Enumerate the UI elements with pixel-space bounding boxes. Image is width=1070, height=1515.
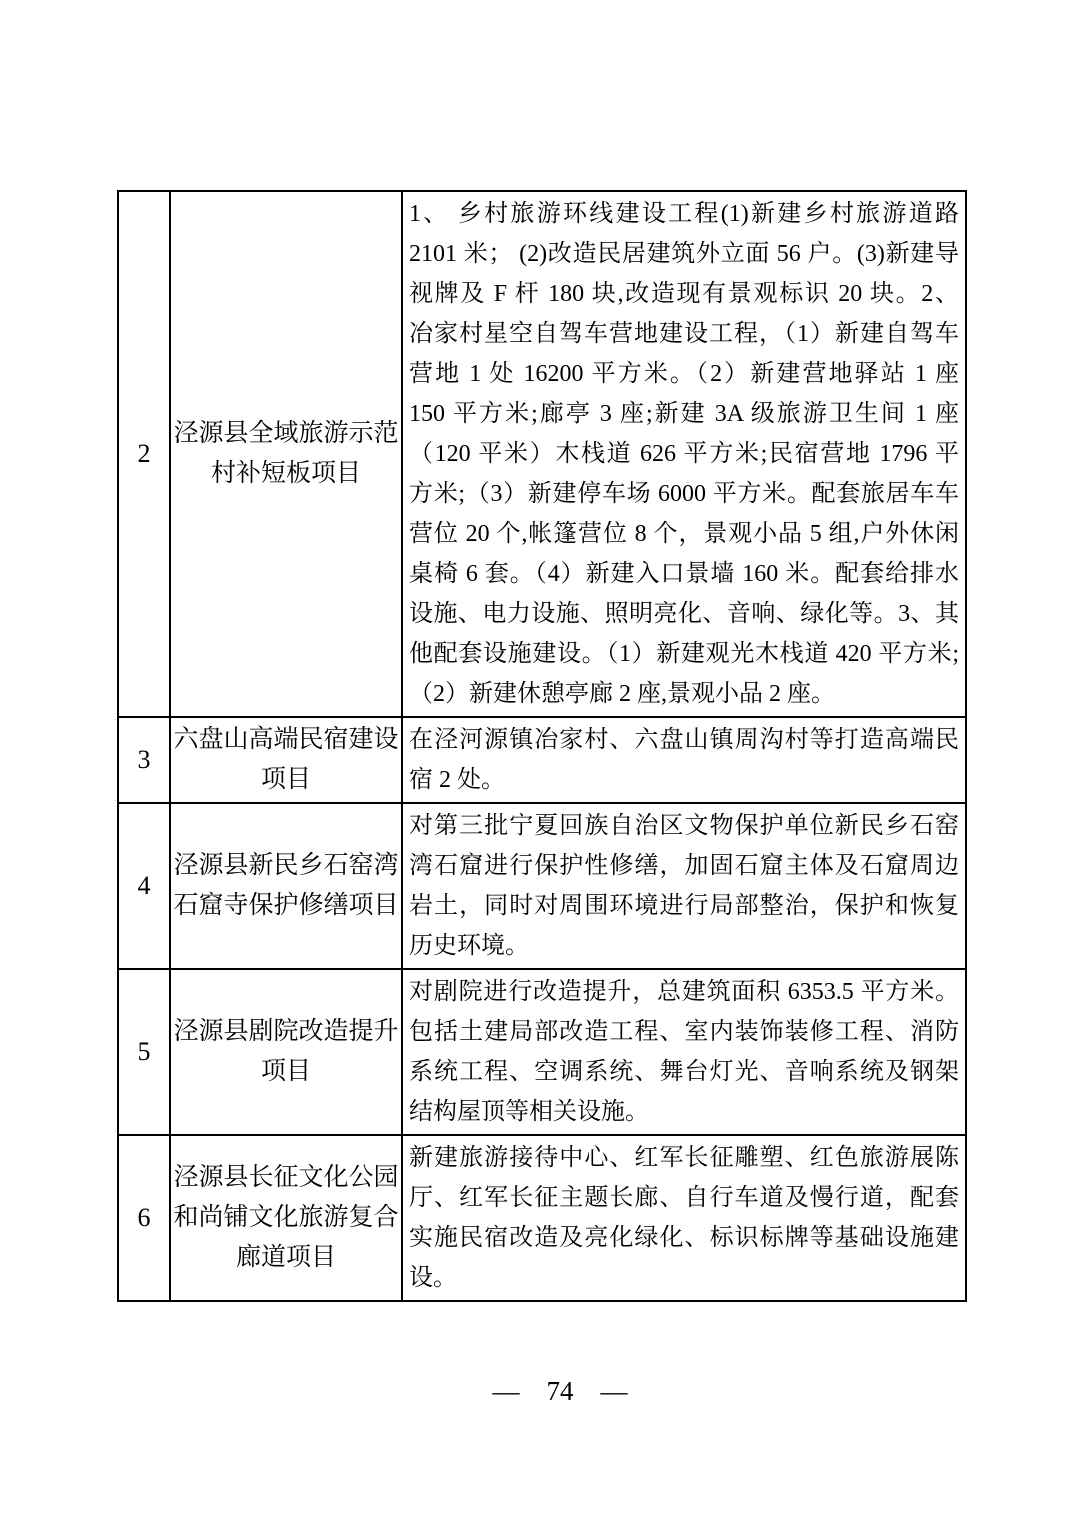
- document-page: 2泾源县全域旅游示范村补短板项目1、 乡村旅游环线建设工程(1)新建乡村旅游道路…: [0, 0, 1070, 1515]
- project-name-line: 项目: [172, 1052, 400, 1092]
- project-description-line: 设施、电力设施、照明亮化、音响、绿化等。3、其: [409, 594, 959, 634]
- project-description-line: 2101 米； (2)改造民居建筑外立面 56 户。(3)新建导: [409, 234, 959, 274]
- project-description-line: 营地 1 处 16200 平方米。（2）新建营地驿站 1 座: [409, 354, 959, 394]
- project-description-line: 新建旅游接待中心、红军长征雕塑、红色旅游展陈: [409, 1138, 959, 1178]
- row-number: 5: [118, 969, 170, 1135]
- row-number: 6: [118, 1135, 170, 1301]
- project-name-line: 项目: [172, 760, 400, 800]
- project-description-line: 他配套设施建设。（1）新建观光木栈道 420 平方米;: [409, 634, 959, 674]
- page-number: — 74 —: [50, 1374, 1070, 1408]
- project-name-line: 六盘山高端民宿建设: [172, 720, 400, 760]
- project-description: 对第三批宁夏回族自治区文物保护单位新民乡石窑湾石窟进行保护性修缮，加固石窟主体及…: [402, 803, 966, 969]
- table-row: 3六盘山高端民宿建设项目在泾河源镇冶家村、六盘山镇周沟村等打造高端民宿 2 处。: [118, 717, 966, 803]
- project-name-line: 泾源县长征文化公园: [172, 1158, 400, 1198]
- project-description: 新建旅游接待中心、红军长征雕塑、红色旅游展陈厅、红军长征主题长廊、自行车道及慢行…: [402, 1135, 966, 1301]
- row-number: 2: [118, 191, 170, 717]
- project-description-line: 视牌及 F 杆 180 块,改造现有景观标识 20 块。2、: [409, 274, 959, 314]
- project-description-line: 岩土，同时对周围环境进行局部整治，保护和恢复: [409, 886, 959, 926]
- project-description: 对剧院进行改造提升，总建筑面积 6353.5 平方米。包括土建局部改造工程、室内…: [402, 969, 966, 1135]
- project-name-line: 村补短板项目: [172, 454, 400, 494]
- table-row: 4泾源县新民乡石窑湾石窟寺保护修缮项目对第三批宁夏回族自治区文物保护单位新民乡石…: [118, 803, 966, 969]
- project-description-line: 包括土建局部改造工程、室内装饰装修工程、消防: [409, 1012, 959, 1052]
- project-name-line: 泾源县剧院改造提升: [172, 1012, 400, 1052]
- project-description-line: 冶家村星空自驾车营地建设工程，（1）新建自驾车: [409, 314, 959, 354]
- project-name: 泾源县剧院改造提升项目: [170, 969, 402, 1135]
- row-number: 4: [118, 803, 170, 969]
- project-description: 在泾河源镇冶家村、六盘山镇周沟村等打造高端民宿 2 处。: [402, 717, 966, 803]
- project-name: 泾源县长征文化公园和尚铺文化旅游复合廊道项目: [170, 1135, 402, 1301]
- project-description-line: 厅、红军长征主题长廊、自行车道及慢行道，配套: [409, 1178, 959, 1218]
- project-description-line: 对剧院进行改造提升，总建筑面积 6353.5 平方米。: [409, 972, 959, 1012]
- project-name-line: 泾源县全域旅游示范: [172, 414, 400, 454]
- project-name-line: 廊道项目: [172, 1238, 400, 1278]
- project-name-line: 石窟寺保护修缮项目: [172, 886, 400, 926]
- project-description-line: 方米;（3）新建停车场 6000 平方米。配套旅居车车: [409, 474, 959, 514]
- project-description-line: 对第三批宁夏回族自治区文物保护单位新民乡石窑: [409, 806, 959, 846]
- project-description-line: 结构屋顶等相关设施。: [409, 1092, 959, 1132]
- project-description-line: 实施民宿改造及亮化绿化、标识标牌等基础设施建: [409, 1218, 959, 1258]
- project-name-line: 和尚铺文化旅游复合: [172, 1198, 400, 1238]
- project-description-line: 1、 乡村旅游环线建设工程(1)新建乡村旅游道路: [409, 194, 959, 234]
- project-name: 泾源县全域旅游示范村补短板项目: [170, 191, 402, 717]
- table-row: 5泾源县剧院改造提升项目对剧院进行改造提升，总建筑面积 6353.5 平方米。包…: [118, 969, 966, 1135]
- project-description-line: （2）新建休憩亭廊 2 座,景观小品 2 座。: [409, 674, 959, 714]
- project-description-line: 湾石窟进行保护性修缮，加固石窟主体及石窟周边: [409, 846, 959, 886]
- project-description-line: 设。: [409, 1258, 959, 1298]
- project-table-body: 2泾源县全域旅游示范村补短板项目1、 乡村旅游环线建设工程(1)新建乡村旅游道路…: [118, 191, 966, 1301]
- project-description-line: 系统工程、空调系统、舞台灯光、音响系统及钢架: [409, 1052, 959, 1092]
- project-name: 泾源县新民乡石窑湾石窟寺保护修缮项目: [170, 803, 402, 969]
- project-description-line: （120 平米）木栈道 626 平方米;民宿营地 1796 平: [409, 434, 959, 474]
- project-description-line: 桌椅 6 套。（4）新建入口景墙 160 米。配套给排水: [409, 554, 959, 594]
- table-row: 2泾源县全域旅游示范村补短板项目1、 乡村旅游环线建设工程(1)新建乡村旅游道路…: [118, 191, 966, 717]
- project-description: 1、 乡村旅游环线建设工程(1)新建乡村旅游道路2101 米； (2)改造民居建…: [402, 191, 966, 717]
- project-name: 六盘山高端民宿建设项目: [170, 717, 402, 803]
- project-description-line: 宿 2 处。: [409, 760, 959, 800]
- project-description-line: 营位 20 个,帐篷营位 8 个，景观小品 5 组,户外休闲: [409, 514, 959, 554]
- project-description-line: 在泾河源镇冶家村、六盘山镇周沟村等打造高端民: [409, 720, 959, 760]
- project-description-line: 150 平方米;廊亭 3 座;新建 3A 级旅游卫生间 1 座: [409, 394, 959, 434]
- table-row: 6泾源县长征文化公园和尚铺文化旅游复合廊道项目新建旅游接待中心、红军长征雕塑、红…: [118, 1135, 966, 1301]
- project-description-line: 历史环境。: [409, 926, 959, 966]
- row-number: 3: [118, 717, 170, 803]
- project-table: 2泾源县全域旅游示范村补短板项目1、 乡村旅游环线建设工程(1)新建乡村旅游道路…: [117, 190, 967, 1302]
- project-name-line: 泾源县新民乡石窑湾: [172, 846, 400, 886]
